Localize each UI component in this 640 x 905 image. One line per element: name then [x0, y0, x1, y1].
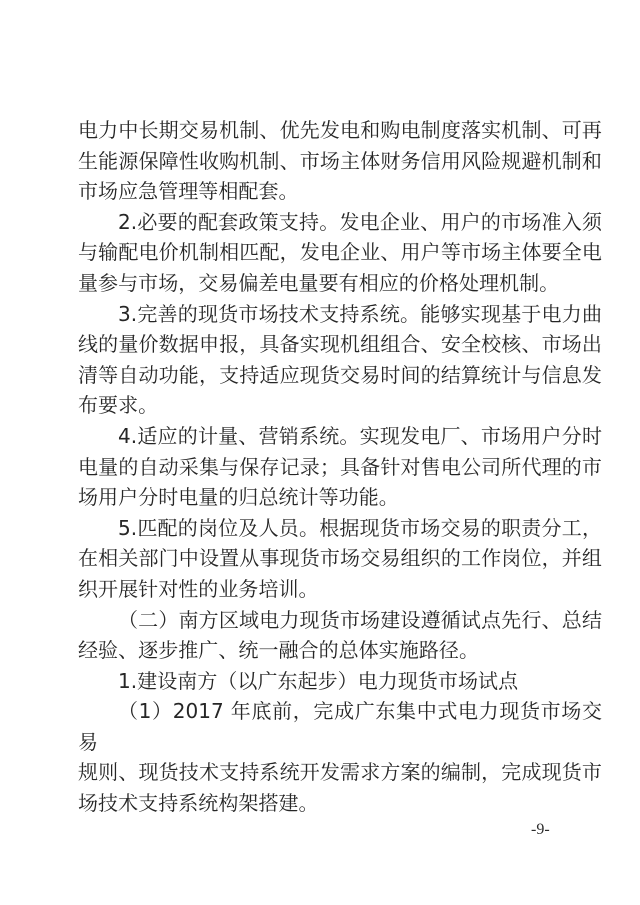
- text-line: 电量的自动采集与保存记录；具备针对售电公司所代理的市: [78, 452, 602, 483]
- text-line: 场用户分时电量的归总统计等功能。: [78, 482, 602, 513]
- text-line: 量参与市场，交易偏差电量要有相应的价格处理机制。: [78, 268, 602, 299]
- text-line: 经验、逐步推广、统一融合的总体实施路径。: [78, 635, 602, 666]
- document-page: 电力中长期交易机制、优先发电和购电制度落实机制、可再生能源保障性收购机制、市场主…: [0, 0, 640, 905]
- text-line: 清等自动功能，支持适应现货交易时间的结算统计与信息发: [78, 360, 602, 391]
- text-line: 2.必要的配套政策支持。发电企业、用户的市场准入须: [78, 207, 602, 238]
- text-line: 场技术支持系统构架搭建。: [78, 788, 602, 819]
- page-number: -9-: [531, 821, 571, 839]
- text-line: 电力中长期交易机制、优先发电和购电制度落实机制、可再: [78, 115, 602, 146]
- text-line: 与输配电价机制相匹配，发电企业、用户等市场主体要全电: [78, 237, 602, 268]
- text-line: 织开展针对性的业务培训。: [78, 574, 602, 605]
- text-line: 1.建设南方（以广东起步）电力现货市场试点: [78, 666, 602, 697]
- text-line: 规则、现货技术支持系统开发需求方案的编制，完成现货市: [78, 757, 602, 788]
- text-line: （二）南方区域电力现货市场建设遵循试点先行、总结: [78, 605, 602, 636]
- text-line: 线的量价数据申报，具备实现机组组合、安全校核、市场出: [78, 329, 602, 360]
- text-line: （1）2017 年底前，完成广东集中式电力现货市场交易: [78, 696, 602, 757]
- text-line: 布要求。: [78, 390, 602, 421]
- text-line: 生能源保障性收购机制、市场主体财务信用风险规避机制和: [78, 146, 602, 177]
- text-line: 4.适应的计量、营销系统。实现发电厂、市场用户分时: [78, 421, 602, 452]
- text-line: 5.匹配的岗位及人员。根据现货市场交易的职责分工，: [78, 513, 602, 544]
- text-line: 市场应急管理等相配套。: [78, 176, 602, 207]
- document-body: 电力中长期交易机制、优先发电和购电制度落实机制、可再生能源保障性收购机制、市场主…: [78, 115, 602, 819]
- text-line: 在相关部门中设置从事现货市场交易组织的工作岗位，并组: [78, 543, 602, 574]
- text-line: 3.完善的现货市场技术支持系统。能够实现基于电力曲: [78, 299, 602, 330]
